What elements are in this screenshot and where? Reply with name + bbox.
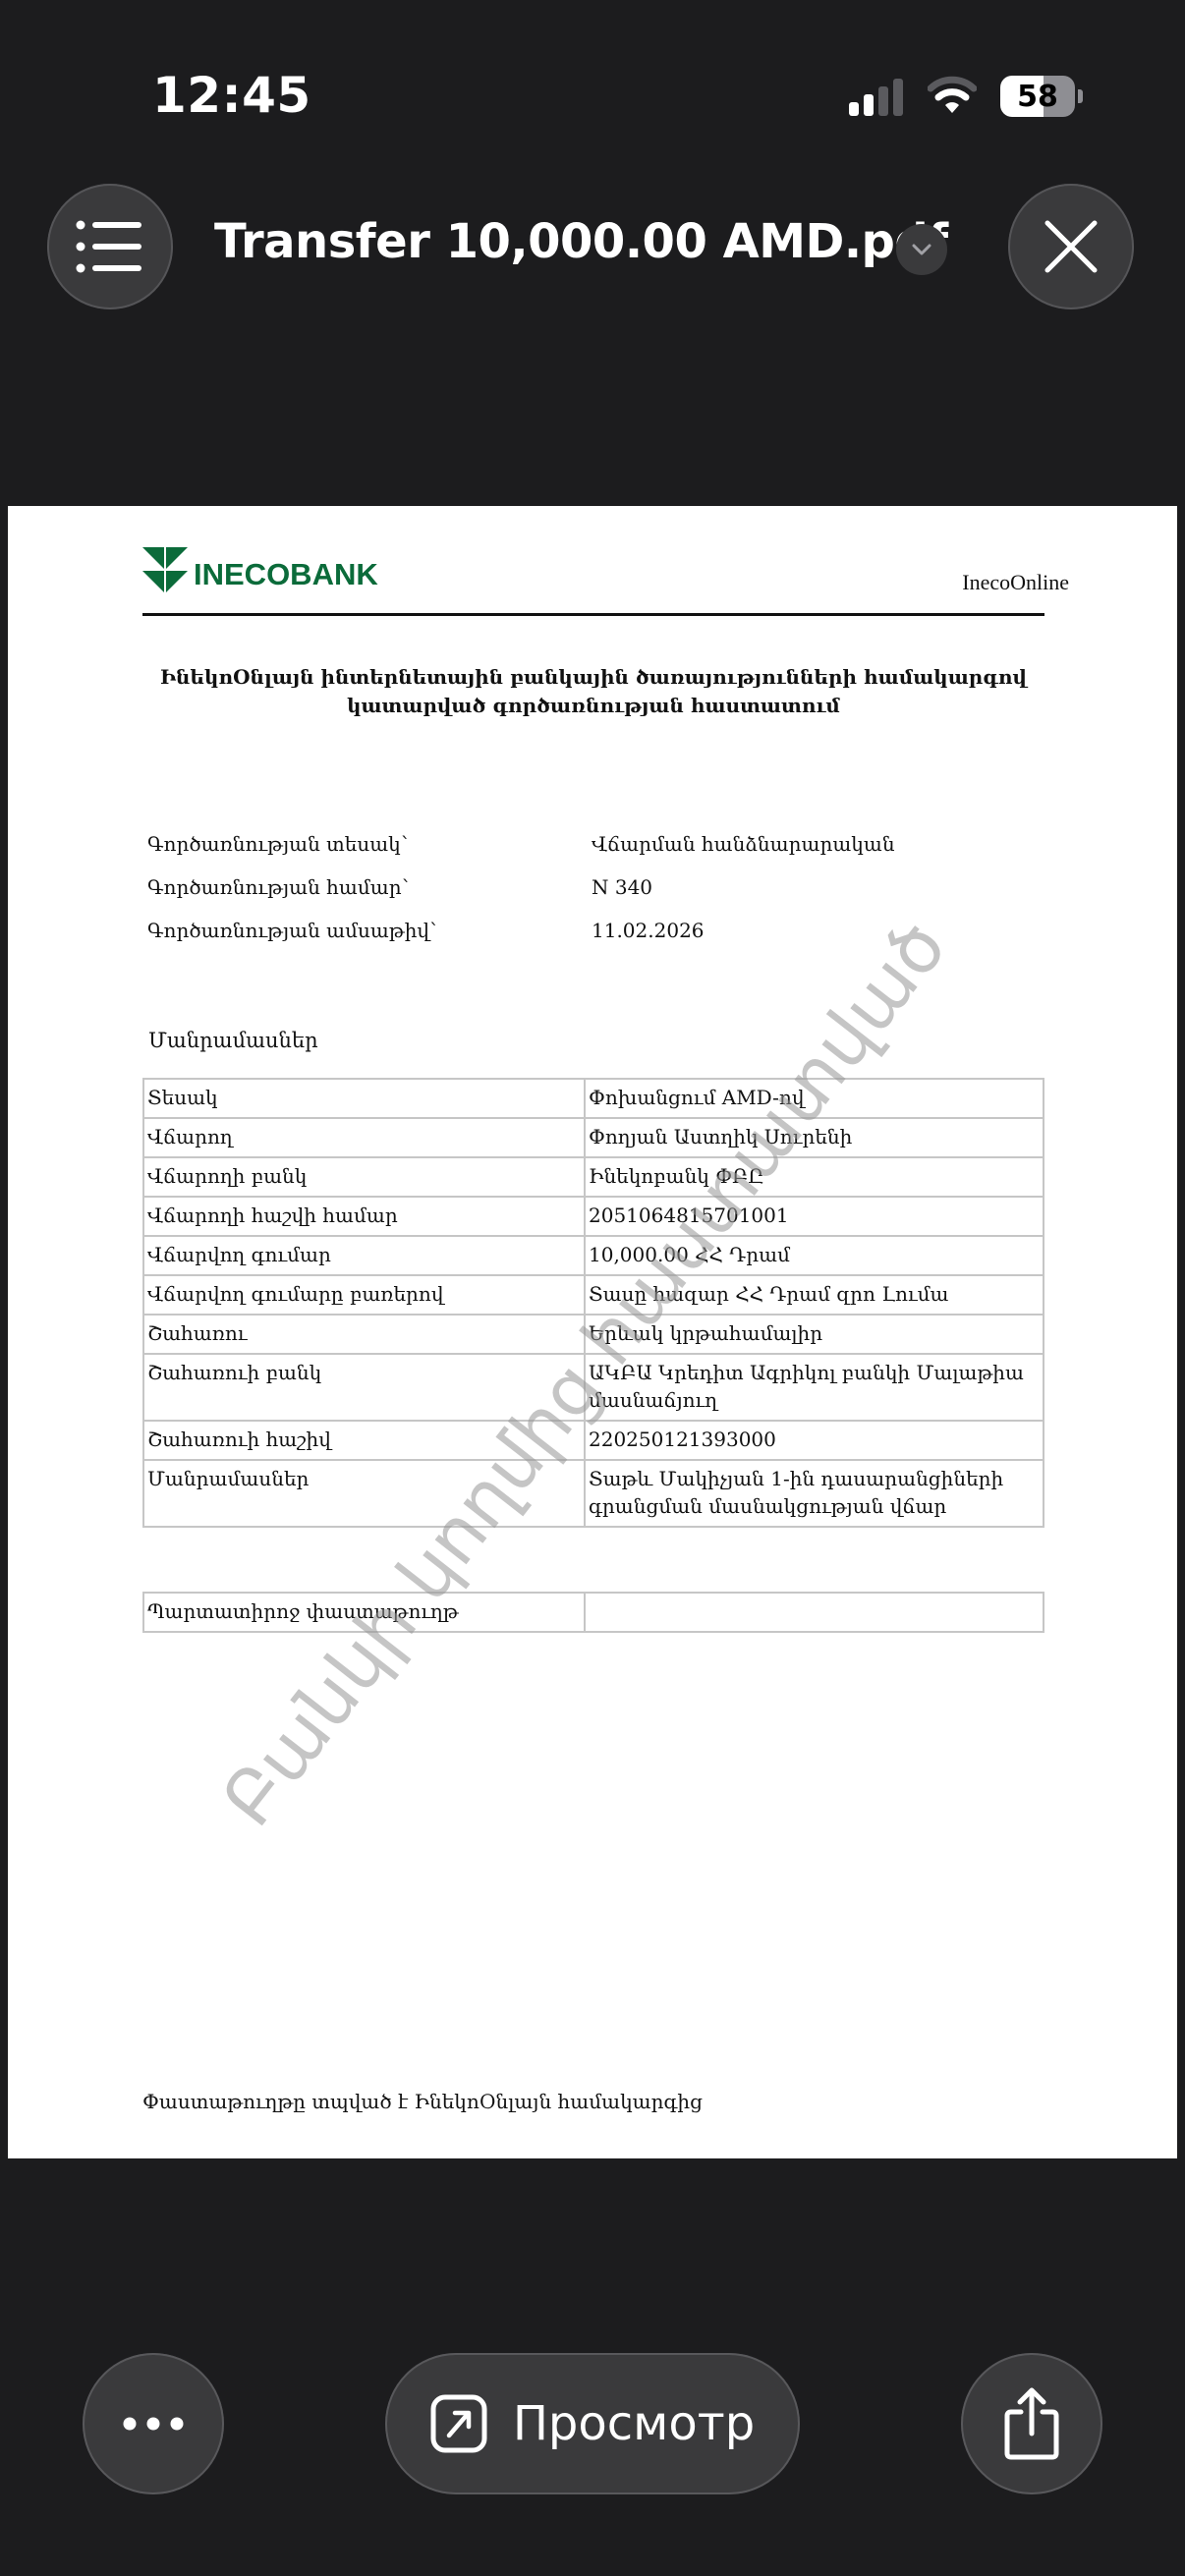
cellular-signal-icon: [849, 79, 904, 116]
detail-label: Վճարողի հաշվի համար: [143, 1197, 585, 1236]
detail-value: Երևակ կրթահամալիր: [585, 1315, 1044, 1354]
table-row: ՏեսակՓոխանցում AMD-ով: [143, 1079, 1044, 1118]
battery-tip: [1078, 89, 1083, 103]
document-title[interactable]: Transfer 10,000.00 AMD.pdf: [214, 214, 948, 269]
signature-label: Պարտատիրոջ փաստաթուղթ: [143, 1593, 585, 1632]
logo-text: INECOBANK: [194, 557, 378, 592]
outline-menu-button[interactable]: [47, 184, 173, 309]
meta-row-type: Գործառնության տեսակ՝ Վճարման հանձնարարակ…: [147, 822, 895, 866]
details-table: ՏեսակՓոխանցում AMD-ովՎճարողՓողյան Աստղիկ…: [142, 1078, 1044, 1528]
meta-label: Գործառնության տեսակ՝: [147, 832, 592, 856]
system-name: InecoOnline: [962, 570, 1069, 595]
detail-label: Տեսակ: [143, 1079, 585, 1118]
table-row: Շահառուի բանկԱԿԲԱ Կրեդիտ Ագրիկոլ բանկի Մ…: [143, 1354, 1044, 1421]
signature-table: Պարտատիրոջ փաստաթուղթ: [142, 1592, 1044, 1633]
inecobank-logo-mark-icon: [142, 547, 188, 592]
table-row: Շահառուի հաշիվ220250121393000: [143, 1421, 1044, 1460]
detail-label: Մանրամասներ: [143, 1460, 585, 1527]
detail-label: Վճարվող գումար: [143, 1236, 585, 1275]
status-bar: 12:45 58: [0, 0, 1185, 196]
table-row: Վճարողի հաշվի համար2051064815701001: [143, 1197, 1044, 1236]
detail-value: Փոխանցում AMD-ով: [585, 1079, 1044, 1118]
detail-label: Վճարողի բանկ: [143, 1157, 585, 1197]
ellipsis-icon: [122, 2416, 185, 2432]
close-icon: [1044, 219, 1099, 274]
preview-button[interactable]: Просмотр: [385, 2353, 800, 2494]
detail-label: Վճարող: [143, 1118, 585, 1157]
detail-label: Վճարվող գումարը բառերով: [143, 1275, 585, 1315]
detail-label: Շահառուի բանկ: [143, 1354, 585, 1421]
header-divider: [142, 613, 1044, 616]
meta-value: 11.02.2026: [592, 919, 705, 942]
detail-value: 10,000.00 ՀՀ Դրամ: [585, 1236, 1044, 1275]
title-menu-button[interactable]: [896, 224, 947, 275]
detail-value: Փողյան Աստղիկ Սուրենի: [585, 1118, 1044, 1157]
document-heading: ԻնեկոՕնլայն ինտերնետային բանկային ծառայո…: [142, 663, 1044, 720]
inecobank-logo: INECOBANK: [142, 547, 378, 592]
table-row: Պարտատիրոջ փաստաթուղթ: [143, 1593, 1044, 1632]
pdf-page[interactable]: INECOBANK InecoOnline ԻնեկոՕնլայն ինտերն…: [8, 506, 1177, 2158]
list-icon: [75, 219, 145, 274]
status-time: 12:45: [152, 67, 311, 124]
table-row: ՇահառուԵրևակ կրթահամալիր: [143, 1315, 1044, 1354]
table-row: Վճարվող գումարը բառերովՏասը հազար ՀՀ Դրա…: [143, 1275, 1044, 1315]
detail-value: Տասը հազար ՀՀ Դրամ զրո Լումա: [585, 1275, 1044, 1315]
detail-label: Շահառուի հաշիվ: [143, 1421, 585, 1460]
meta-value: Վճարման հանձնարարական: [592, 832, 895, 856]
more-button[interactable]: [83, 2353, 224, 2494]
table-row: ՄանրամասներՏաթև Մակիչյան 1-ին դասարանցին…: [143, 1460, 1044, 1527]
share-button[interactable]: [961, 2353, 1102, 2494]
detail-value: ԱԿԲԱ Կրեդիտ Ագրիկոլ բանկի Մալաթիա մասնաճ…: [585, 1354, 1044, 1421]
battery-indicator: 58: [1000, 76, 1075, 117]
close-button[interactable]: [1008, 184, 1134, 309]
open-external-icon: [430, 2394, 487, 2453]
meta-row-number: Գործառնության համար՝ N 340: [147, 866, 895, 909]
preview-label: Просмотр: [513, 2396, 755, 2451]
wifi-icon: [928, 75, 977, 116]
table-row: ՎճարողՓողյան Աստղիկ Սուրենի: [143, 1118, 1044, 1157]
operation-meta: Գործառնության տեսակ՝ Վճարման հանձնարարակ…: [147, 822, 895, 952]
meta-value: N 340: [592, 875, 652, 899]
signature-value: [585, 1593, 1044, 1632]
share-icon: [1003, 2386, 1060, 2461]
detail-value: 220250121393000: [585, 1421, 1044, 1460]
footer-note: Փաստաթուղթը տպված է ԻնեկոՕնլայն համակարգ…: [142, 2090, 703, 2113]
meta-row-date: Գործառնության ամսաթիվ՝ 11.02.2026: [147, 909, 895, 952]
detail-value: Տաթև Մակիչյան 1-ին դասարանցիների գրանցմա…: [585, 1460, 1044, 1527]
table-row: Վճարողի բանկԻնեկոբանկ ՓԲԸ: [143, 1157, 1044, 1197]
details-heading: Մանրամասներ: [148, 1029, 318, 1052]
meta-label: Գործառնության համար՝: [147, 875, 592, 899]
table-row: Վճարվող գումար10,000.00 ՀՀ Դրամ: [143, 1236, 1044, 1275]
meta-label: Գործառնության ամսաթիվ՝: [147, 919, 592, 942]
detail-value: Ինեկոբանկ ՓԲԸ: [585, 1157, 1044, 1197]
detail-label: Շահառու: [143, 1315, 585, 1354]
chevron-down-icon: [911, 243, 932, 256]
detail-value: 2051064815701001: [585, 1197, 1044, 1236]
